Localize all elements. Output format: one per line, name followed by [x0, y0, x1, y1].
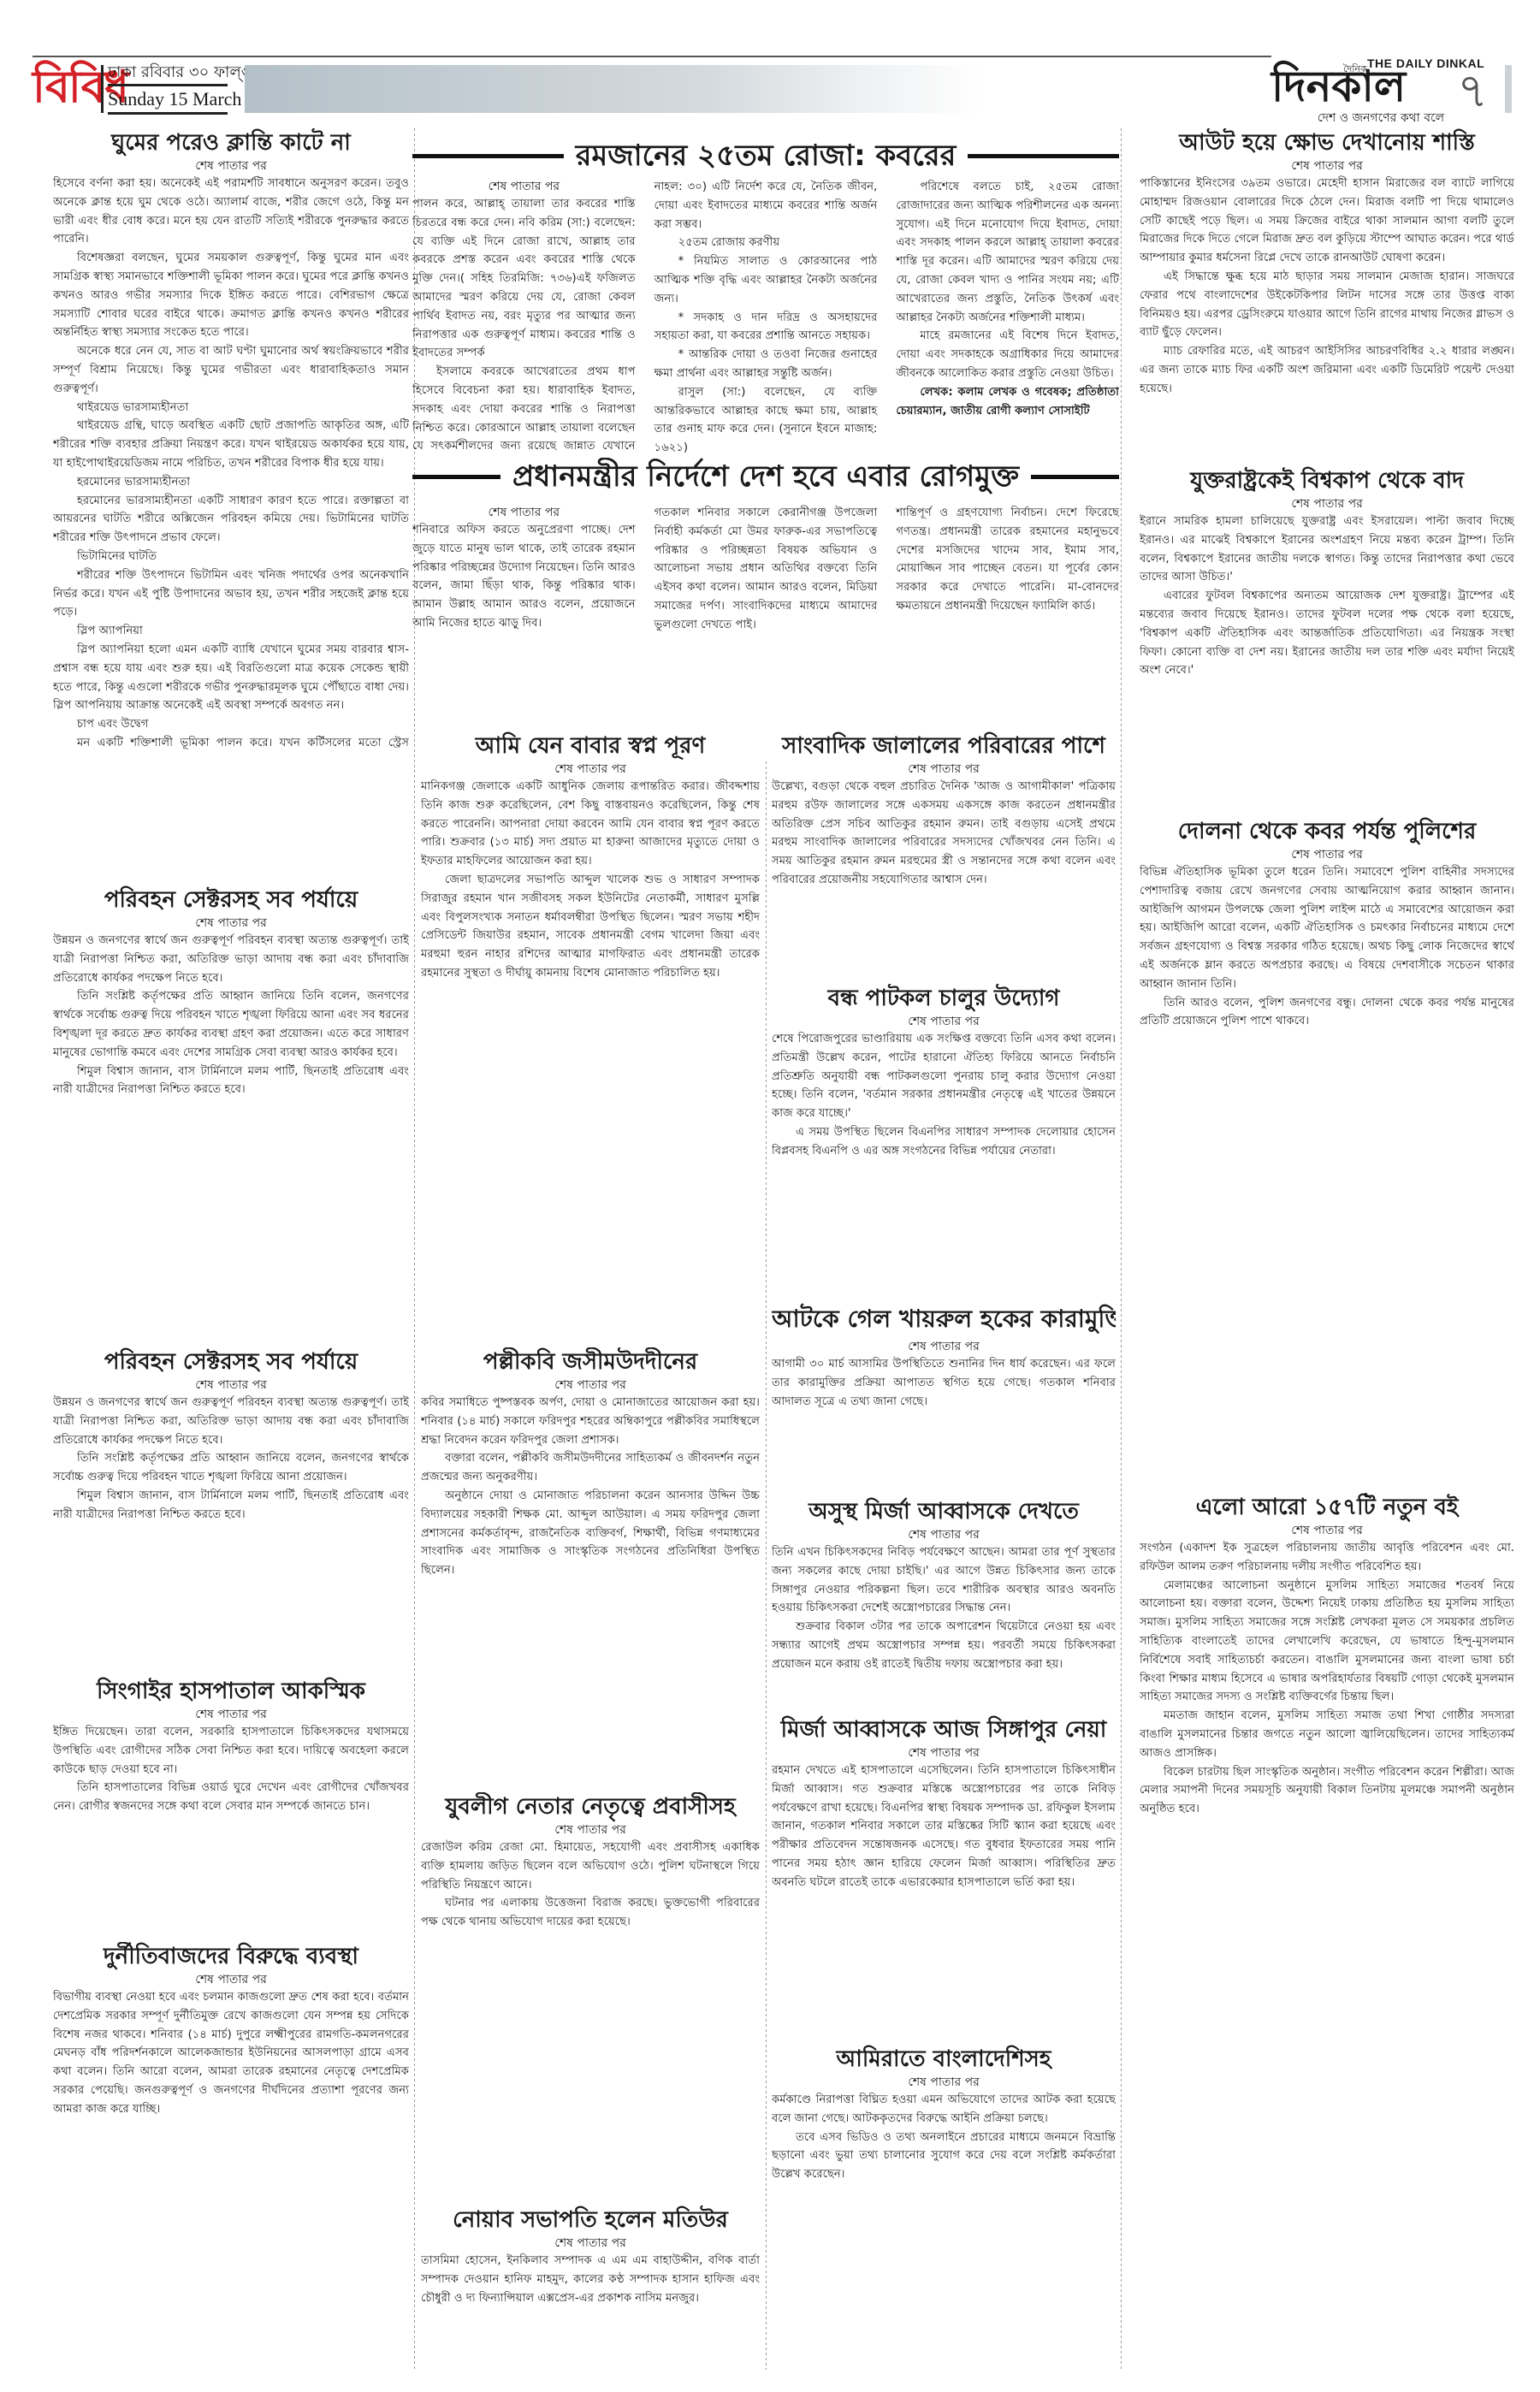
paragraph: মেলামঞ্চের আলোচনা অনুষ্ঠানে মুসলিম সাহিত…	[1140, 1577, 1514, 1708]
paragraph: বিকেল চারটায় ছিল সাংস্কৃতিক অনুষ্ঠান। স…	[1140, 1763, 1514, 1819]
article-khairul: আটকে গেল খায়রুল হকের কারামুক্তি শেষ পাত…	[772, 1300, 1116, 1493]
paragraph: বিশেষজ্ঞরা বলছেন, ঘুমের সময়কাল গুরুত্বপ…	[53, 249, 409, 342]
paragraph: তিনি সংশ্লিষ্ট কর্তৃপক্ষের প্রতি আহ্বান …	[53, 987, 409, 1062]
paragraph: মানিকগঞ্জ জেলাকে একটি আধুনিক জেলায় রূপা…	[421, 778, 760, 871]
headline[interactable]: যুবলীগ নেতার নেতৃত্বে প্রবাসীসহ	[421, 1792, 760, 1821]
paragraph: মন একটি শক্তিশালী ভূমিকা পালন করে। যখন ক…	[53, 734, 409, 753]
author-note: লেখক: কলাম লেখক ও গবেষক; প্রতিষ্ঠাতা চেয…	[896, 383, 1119, 421]
continued-label: শেষ পাতার পর	[772, 1526, 1116, 1543]
continued-label: শেষ পাতার পর	[421, 761, 760, 778]
paragraph: এই সিদ্ধান্তে ক্ষুব্ধ হয়ে মাঠ ছাড়ার সম…	[1140, 268, 1514, 342]
article-nowab: নোয়াব সভাপতি হলেন মতিউর শেষ পাতার পর তা…	[421, 2205, 760, 2334]
article-body: মানিকগঞ্জ জেলাকে একটি আধুনিক জেলায় রূপা…	[421, 778, 760, 983]
headline[interactable]: আমি যেন বাবার স্বপ্ন পূরণ	[421, 731, 760, 761]
paragraph: কবির সমাধিতে পুষ্পস্তবক অর্পণ, দোয়া ও ম…	[421, 1394, 760, 1449]
headline[interactable]: দোলনা থেকে কবর পর্যন্ত পুলিশের	[1140, 817, 1514, 846]
headline[interactable]: পল্লীকবি জসীমউদদীনের	[421, 1347, 760, 1377]
headline-rule	[1031, 475, 1119, 479]
paragraph: শিমুল বিশ্বাস জানান, বাস টার্মিনালে মলম …	[53, 1063, 409, 1099]
continued-label: শেষ পাতার পর	[421, 2235, 760, 2252]
article-columns: শেষ পাতার পর পালন করে, আল্লাহ্ তায়ালা ত…	[412, 178, 1119, 453]
headline[interactable]: বন্ধ পাটকল চালুর উদ্যোগ	[772, 984, 1116, 1013]
article-body: উন্নয়ন ও জনগণের স্বার্থে জন গুরুত্বপূর্…	[53, 932, 409, 1099]
paragraph: ইঙ্গিত দিয়েছেন। তারা বলেন, সরকারি হাসপা…	[53, 1723, 409, 1779]
page-number: ৭	[1457, 63, 1488, 120]
continued-label: শেষ পাতার পর	[53, 157, 409, 175]
article-body: তাসমিমা হোসেন, ইনকিলাব সম্পাদক এ এম এম ব…	[421, 2252, 760, 2307]
headline[interactable]: নোয়াব সভাপতি হলেন মতিউর	[421, 2205, 760, 2235]
continued-label: শেষ পাতার পর	[53, 915, 409, 932]
article-transport-2: পরিবহন সেক্টরসহ সব পর্যায়ে শেষ পাতার পর…	[53, 1347, 409, 1544]
paragraph: পরিশেষে বলতে চাই, ২৫তম রোজা রোজাদারের জন…	[896, 178, 1119, 327]
paragraph: বিভিন্ন ঐতিহাসিক ভূমিকা তুলে ধরেন তিনি। …	[1140, 863, 1514, 994]
paragraph: বক্তারা বলেন, পল্লীকবি জসীমউদদীনের সাহিত…	[421, 1449, 760, 1487]
article-dolna: দোলনা থেকে কবর পর্যন্ত পুলিশের শেষ পাতার…	[1140, 817, 1514, 1369]
paragraph: শান্তিপূর্ণ ও গ্রহণযোগ্য নির্বাচন। দেশে …	[896, 504, 1119, 616]
paragraph: পালন করে, আল্লাহ্ তায়ালা তার কবরের শাস্…	[412, 195, 636, 363]
headline-row: রমজানের ২৫তম রোজা: কবরের	[412, 137, 1119, 175]
continued-label: শেষ পাতার পর	[421, 1377, 760, 1394]
logo-dainik: দৈনিক	[1343, 62, 1367, 78]
article-body: শেষে পিরোজপুরের ভাণ্ডারিয়ায় এক সংক্ষিপ…	[772, 1030, 1116, 1161]
continued-label: শেষ পাতার পর	[53, 1377, 409, 1394]
headline[interactable]: অসুস্থ মির্জা আব্বাসকে দেখতে	[772, 1497, 1116, 1526]
column-1: শেষ পাতার পর পালন করে, আল্লাহ্ তায়ালা ত…	[412, 178, 636, 453]
paragraph: স্লিপ অ্যাপনিয়া হলো এমন একটি ব্যাধি যেখ…	[53, 641, 409, 715]
continued-label: শেষ পাতার পর	[772, 761, 1116, 778]
headline[interactable]: এলো আরো ১৫৭টি নতুন বই	[1140, 1493, 1514, 1522]
article-mirza-2: মির্জা আব্বাসকে আজ সিঙ্গাপুর নেয়া শেষ প…	[772, 1715, 1116, 2036]
list-item: * নিয়মিত সালাত ও কোরআনের পাঠ আত্মিক শক্…	[654, 252, 878, 308]
continued-label: শেষ পাতার পর	[772, 1013, 1116, 1030]
article-body: হিসেবে বর্ণনা করা হয়। অনেকেই এই পরামর্শ…	[53, 175, 409, 753]
headline[interactable]: প্রধানমন্ত্রীর নির্দেশে দেশ হবে এবার রোগ…	[512, 458, 1019, 495]
article-columns: শেষ পাতার পর শনিবারে অফিস করতে অনুপ্রেরণ…	[412, 504, 1119, 635]
paragraph: থাইরয়েড গ্রন্থি, ঘাড়ে অবস্থিত একটি ছোট…	[53, 417, 409, 472]
article-pm: প্রধানমন্ত্রীর নির্দেশে দেশ হবে এবার রোগ…	[412, 458, 1119, 714]
paragraph: তবে এসব ভিডিও ও তথ্য অনলাইনে প্রচারের মা…	[772, 2129, 1116, 2184]
column-2: নাহল: ৩০) এটি নির্দেশ করে যে, নৈতিক জীবন…	[654, 178, 878, 453]
paragraph: শেষে পিরোজপুরের ভাণ্ডারিয়ায় এক সংক্ষিপ…	[772, 1030, 1116, 1123]
headline-rule	[968, 154, 1119, 158]
paragraph: রেজাউল করিম রেজা মো. হিমায়েত, সহযোগী এব…	[421, 1838, 760, 1894]
column-3: শান্তিপূর্ণ ও গ্রহণযোগ্য নির্বাচন। দেশে …	[896, 504, 1119, 635]
paragraph: ইরানে সামরিক হামলা চালিয়েছে যুক্তরাষ্ট্…	[1140, 512, 1514, 587]
masthead: বিবিধ ঢাকা রবিবার ৩০ ফাল্গুন ১৪৩২ Sunday…	[33, 60, 1271, 118]
continued-label: শেষ পাতার পর	[772, 2074, 1116, 2091]
article-out: আউট হয়ে ক্ষোভ দেখানোয় শাস্তি শেষ পাতার…	[1140, 128, 1514, 445]
paragraph: এবারের ফুটবল বিশ্বকাপের অন্যতম আয়োজক দে…	[1140, 587, 1514, 680]
continued-label: শেষ পাতার পর	[1140, 495, 1514, 512]
subheading: থাইরয়েড ভারসাম্যহীনতা	[53, 399, 409, 417]
header-right-bar	[1505, 65, 1512, 113]
subheading: হরমোনের ভারসাম্যহীনতা	[53, 473, 409, 492]
continued-label: শেষ পাতার পর	[412, 504, 636, 521]
column-3: পরিশেষে বলতে চাই, ২৫তম রোজা রোজাদারের জন…	[896, 178, 1119, 453]
article-body: বিভাগীয় ব্যবস্থা নেওয়া হবে এবং চলমান ক…	[53, 1988, 409, 2119]
headline[interactable]: দুর্নীতিবাজদের বিরুদ্ধে ব্যবস্থা	[53, 1942, 409, 1971]
paragraph: শুক্রবার বিকাল ৩টার পর তাকে অপারেশন থিয়…	[772, 1618, 1116, 1673]
article-worldcup: যুক্তরাষ্ট্রকেই বিশ্বকাপ থেকে বাদ শেষ পা…	[1140, 466, 1514, 800]
paragraph: গতকাল শনিবার সকালে কেরানীগঞ্জ উপজেলা নির…	[654, 504, 878, 635]
paragraph: রাসুল (সা:) বলেছেন, যে ব্যক্তি আন্তরিকভা…	[654, 383, 878, 453]
paragraph: তিনি সংশ্লিষ্ট কর্তৃপক্ষের প্রতি আহ্বান …	[53, 1449, 409, 1487]
paragraph: আগামী ৩০ মার্চ আসামির উপস্থিতিতে শুনানির…	[772, 1355, 1116, 1411]
date-divider	[101, 65, 104, 113]
article-ramadan: রমজানের ২৫তম রোজা: কবরের শেষ পাতার পর পা…	[412, 137, 1119, 453]
paragraph: সংগঠন (একাদশ ইক সুত্রহেল পরিচালনায় জাতী…	[1140, 1539, 1514, 1577]
continued-label: শেষ পাতার পর	[1140, 1522, 1514, 1539]
paragraph: তিনি আরও বলেন, পুলিশ জনগণের বন্ধু। দোলনা…	[1140, 994, 1514, 1032]
article-body: তিনি এখন চিকিৎসকদের নিবিড় পর্যবেক্ষণে আ…	[772, 1543, 1116, 1674]
paragraph: ঘটনার পর এলাকায় উত্তেজনা বিরাজ করছে। ভু…	[421, 1894, 760, 1932]
headline[interactable]: সাংবাদিক জালালের পরিবারের পাশে	[772, 731, 1116, 761]
article-body: রহমান দেখতে এই হাসপাতালে এসেছিলেন। তিনি …	[772, 1761, 1116, 1892]
article-body: কবির সমাধিতে পুষ্পস্তবক অর্পণ, দোয়া ও ম…	[421, 1394, 760, 1580]
subheading: ভিটামিনের ঘাটতি	[53, 548, 409, 566]
continued-label: শেষ পাতার পর	[421, 1821, 760, 1838]
article-body: কর্মকাণ্ডে নিরাপত্তা বিঘ্নিত হওয়া এমন অ…	[772, 2091, 1116, 2184]
headline[interactable]: পরিবহন সেক্টরসহ সব পর্যায়ে	[53, 885, 409, 915]
headline[interactable]: পরিবহন সেক্টরসহ সব পর্যায়ে	[53, 1347, 409, 1377]
article-body: ইরানে সামরিক হামলা চালিয়েছে যুক্তরাষ্ট্…	[1140, 512, 1514, 680]
article-body: ইঙ্গিত দিয়েছেন। তারা বলেন, সরকারি হাসপা…	[53, 1723, 409, 1816]
article-jasimuddin: পল্লীকবি জসীমউদদীনের শেষ পাতার পর কবির স…	[421, 1347, 760, 1771]
article-body: রেজাউল করিম রেজা মো. হিমায়েত, সহযোগী এব…	[421, 1838, 760, 1932]
paragraph: উল্লেখ্য, বগুড়া থেকে বহুল প্রচারিত দৈনি…	[772, 778, 1116, 890]
headline[interactable]: আমিরাতে বাংলাদেশিসহ	[772, 2045, 1116, 2074]
article-body: পাকিস্তানের ইনিংসের ৩৯তম ওভারে। মেহেদী হ…	[1140, 175, 1514, 399]
paragraph: রহমান দেখতে এই হাসপাতালে এসেছিলেন। তিনি …	[772, 1761, 1116, 1892]
continued-label: শেষ পাতার পর	[772, 1338, 1116, 1355]
headline[interactable]: যুক্তরাষ্ট্রকেই বিশ্বকাপ থেকে বাদ	[1140, 466, 1514, 495]
continued-label: শেষ পাতার পর	[772, 1744, 1116, 1761]
paragraph: জেলা ছাত্রদলের সভাপতি আব্দুল খালেক শুভ ও…	[421, 871, 760, 983]
headline[interactable]: ঘুমের পরেও ক্লান্তি কাটে না	[53, 128, 409, 157]
subheading: স্লিপ অ্যাপনিয়া	[53, 622, 409, 641]
paragraph: অনেকে ধরে নেন যে, সাত বা আট ঘণ্টা ঘুমানো…	[53, 342, 409, 398]
paragraph: তাসমিমা হোসেন, ইনকিলাব সম্পাদক এ এম এম ব…	[421, 2252, 760, 2307]
paragraph: ইসলামে কবরকে আখেরাতের প্রথম ধাপ হিসেবে ব…	[412, 363, 636, 453]
date-bengali: ঢাকা রবিবার ৩০ ফাল্গুন ১৪৩২	[108, 62, 228, 86]
article-father-dream: আমি যেন বাবার স্বপ্ন পূরণ শেষ পাতার পর ম…	[421, 731, 760, 1219]
header-banner	[245, 65, 1271, 113]
article-jubo: যুবলীগ নেতার নেতৃত্বে প্রবাসীসহ শেষ পাতা…	[421, 1792, 760, 2169]
continued-label: শেষ পাতার পর	[53, 1971, 409, 1988]
headline-rule	[412, 154, 564, 158]
column-2: গতকাল শনিবার সকালে কেরানীগঞ্জ উপজেলা নির…	[654, 504, 878, 635]
headline-rule	[412, 475, 500, 479]
top-rule	[33, 56, 1271, 57]
column-1: শেষ পাতার পর শনিবারে অফিস করতে অনুপ্রেরণ…	[412, 504, 636, 635]
list-item: * আন্তরিক দোয়া ও তওবা নিজের গুনাহের ক্ষ…	[654, 346, 878, 383]
article-sleep: ঘুমের পরেও ক্লান্তি কাটে না শেষ পাতার পর…	[53, 128, 409, 753]
headline[interactable]: আউট হয়ে ক্ষোভ দেখানোয় শাস্তি	[1140, 128, 1514, 157]
article-books: এলো আরো ১৫৭টি নতুন বই শেষ পাতার পর সংগঠন…	[1140, 1493, 1514, 2348]
article-amirat: আমিরাতে বাংলাদেশিসহ শেষ পাতার পর কর্মকাণ…	[772, 2045, 1116, 2336]
paragraph: হরমোনের ভারসাম্যহীনতা একটি সাধারণ কারণ হ…	[53, 492, 409, 548]
logo-tagline: দেশ ও জনগণের কথা বলে	[1318, 108, 1444, 128]
list-item: * সদকাহ ও দান দরিদ্র ও অসহায়দের সহায়তা…	[654, 309, 878, 346]
paragraph: পাকিস্তানের ইনিংসের ৩৯তম ওভারে। মেহেদী হ…	[1140, 175, 1514, 268]
paragraph: উন্নয়ন ও জনগণের স্বার্থে জন গুরুত্বপূর্…	[53, 1394, 409, 1449]
continued-label: শেষ পাতার পর	[1140, 846, 1514, 863]
headline-row: প্রধানমন্ত্রীর নির্দেশে দেশ হবে এবার রোগ…	[412, 458, 1119, 495]
paragraph: এ সময় উপস্থিত ছিলেন বিএনপির সাধারণ সম্প…	[772, 1123, 1116, 1161]
column-divider	[766, 761, 767, 2370]
column-divider	[1121, 128, 1122, 2370]
article-body: উন্নয়ন ও জনগণের স্বার্থে জন গুরুত্বপূর্…	[53, 1394, 409, 1525]
continued-label: শেষ পাতার পর	[1140, 157, 1514, 175]
article-corruption: দুর্নীতিবাজদের বিরুদ্ধে ব্যবস্থা শেষ পাত…	[53, 1942, 409, 2370]
headline[interactable]: রমজানের ২৫তম রোজা: কবরের	[576, 137, 957, 175]
article-jute: বন্ধ পাটকল চালুর উদ্যোগ শেষ পাতার পর শেষ…	[772, 984, 1116, 1296]
paragraph: ম্যাচ রেফারির মতে, এই আচরণ আইসিসির আচরণব…	[1140, 342, 1514, 398]
article-body: সংগঠন (একাদশ ইক সুত্রহেল পরিচালনায় জাতী…	[1140, 1539, 1514, 1819]
headline[interactable]: আটকে গেল খায়রুল হকের কারামুক্তি	[772, 1300, 1116, 1338]
paragraph: তিনি এখন চিকিৎসকদের নিবিড় পর্যবেক্ষণে আ…	[772, 1543, 1116, 1618]
continued-label: শেষ পাতার পর	[412, 178, 636, 195]
article-journalist: সাংবাদিক জালালের পরিবারের পাশে শেষ পাতার…	[772, 731, 1116, 980]
paragraph: উন্নয়ন ও জনগণের স্বার্থে জন গুরুত্বপূর্…	[53, 932, 409, 987]
article-mirza-1: অসুস্থ মির্জা আব্বাসকে দেখতে শেষ পাতার প…	[772, 1497, 1116, 1711]
subheading: চাপ এবং উদ্বেগ	[53, 715, 409, 734]
paragraph: শনিবারে অফিস করতে অনুপ্রেরণা পাচ্ছে। দেশ…	[412, 521, 636, 633]
article-singair: সিংগাইর হাসপাতাল আকস্মিক শেষ পাতার পর ইঙ…	[53, 1677, 409, 1899]
paragraph: মাহে রমজানের এই বিশেষ দিনে ইবাদত, দোয়া …	[896, 327, 1119, 382]
paragraph: মমতাজ জাহান বলেন, মুসলিম সাহিত্য সমাজ তথ…	[1140, 1707, 1514, 1762]
date-box: ঢাকা রবিবার ৩০ ফাল্গুন ১৪৩২ Sunday 15 Ma…	[108, 62, 228, 115]
subheading: ২৫তম রোজায় করণীয়	[654, 234, 878, 252]
paragraph: নাহল: ৩০) এটি নির্দেশ করে যে, নৈতিক জীবন…	[654, 178, 878, 234]
paragraph: হিসেবে বর্ণনা করা হয়। অনেকেই এই পরামর্শ…	[53, 175, 409, 249]
continued-label: শেষ পাতার পর	[53, 1706, 409, 1723]
paragraph: তিনি হাসপাতালের বিভিন্ন ওয়ার্ড ঘুরে দেখ…	[53, 1779, 409, 1816]
paragraph: শিমুল বিশ্বাস জানান, বাস টার্মিনালে মলম …	[53, 1487, 409, 1525]
paragraph: শরীরের শক্তি উৎপাদনে ভিটামিন এবং খনিজ পদ…	[53, 566, 409, 622]
headline[interactable]: মির্জা আব্বাসকে আজ সিঙ্গাপুর নেয়া	[772, 1715, 1116, 1744]
article-transport-1: পরিবহন সেক্টরসহ সব পর্যায়ে শেষ পাতার পর…	[53, 885, 409, 1099]
paragraph: অনুষ্ঠানে দোয়া ও মোনাজাত পরিচালনা করেন …	[421, 1487, 760, 1580]
date-english: Sunday 15 March 2026	[108, 86, 228, 115]
article-body: বিভিন্ন ঐতিহাসিক ভূমিকা তুলে ধরেন তিনি। …	[1140, 863, 1514, 1031]
paragraph: বিভাগীয় ব্যবস্থা নেওয়া হবে এবং চলমান ক…	[53, 1988, 409, 2119]
headline[interactable]: সিংগাইর হাসপাতাল আকস্মিক	[53, 1677, 409, 1706]
paragraph: কর্মকাণ্ডে নিরাপত্তা বিঘ্নিত হওয়া এমন অ…	[772, 2091, 1116, 2129]
article-body: উল্লেখ্য, বগুড়া থেকে বহুল প্রচারিত দৈনি…	[772, 778, 1116, 890]
article-body: আগামী ৩০ মার্চ আসামির উপস্থিতিতে শুনানির…	[772, 1355, 1116, 1411]
